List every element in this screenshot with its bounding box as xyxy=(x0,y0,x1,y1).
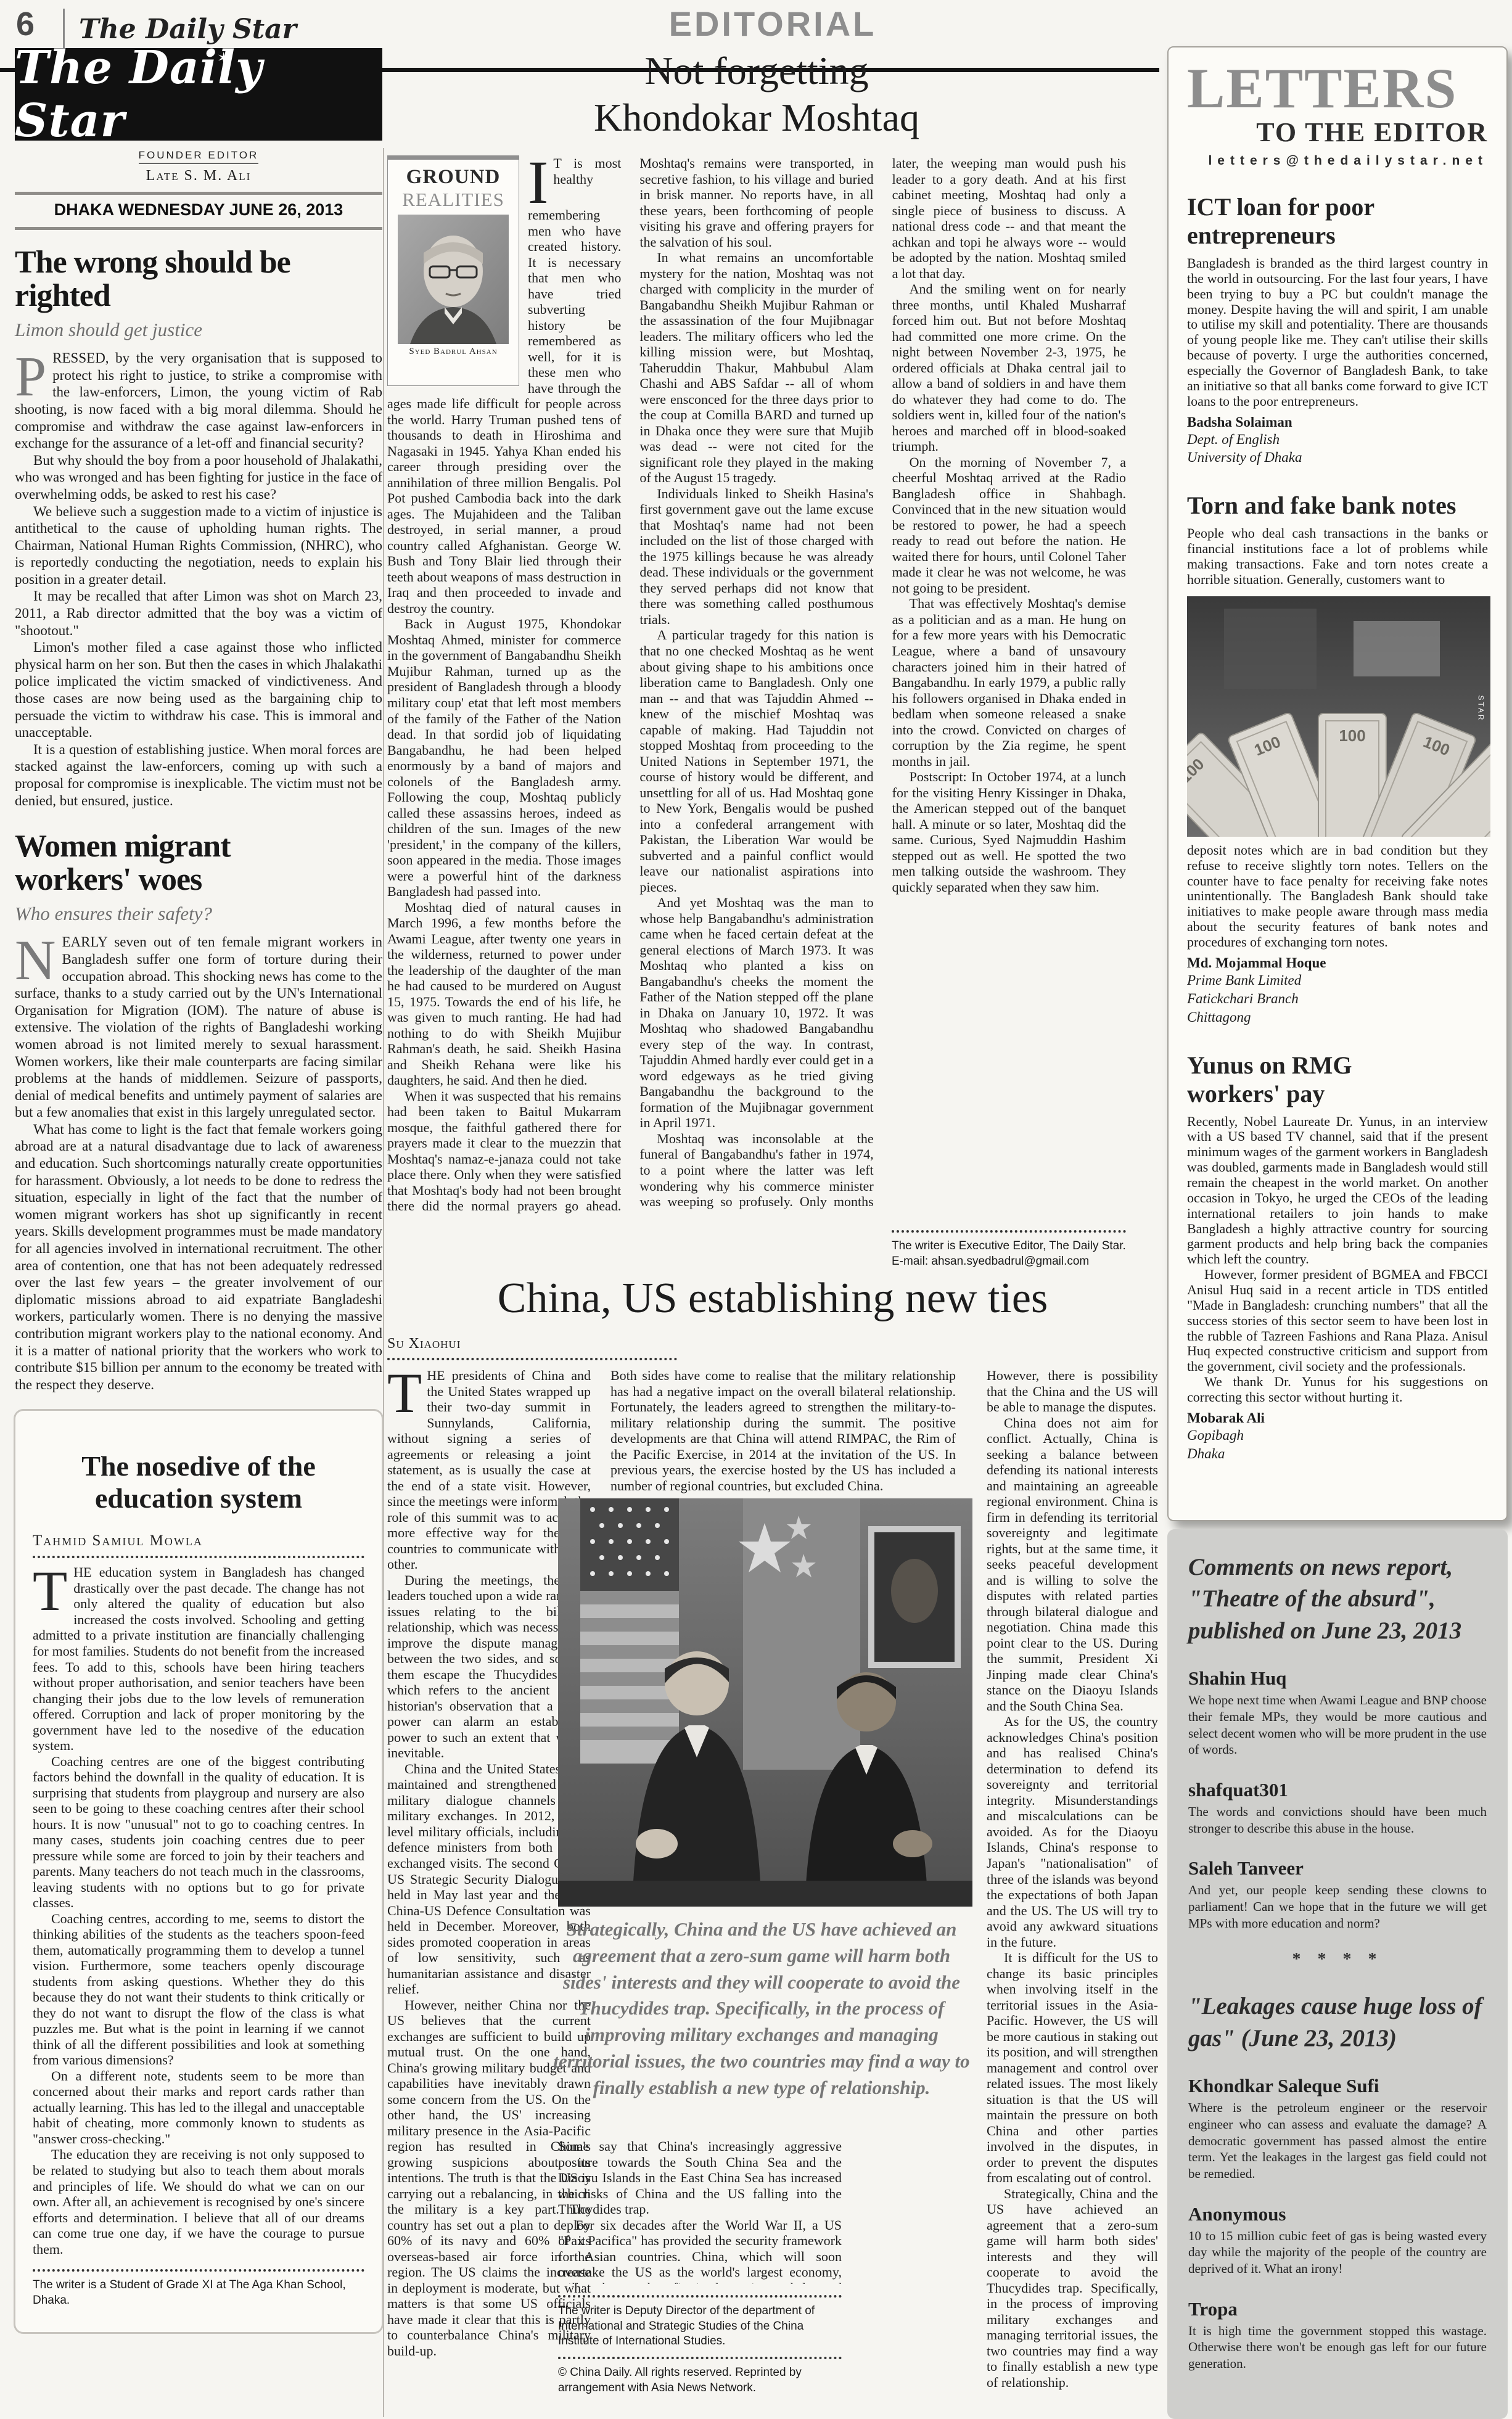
comment-text: The words and convictions should have be… xyxy=(1188,1804,1487,1836)
paragraph: Moshtaq died of natural causes in March … xyxy=(387,900,621,1088)
letter-signature-detail: University of Dhaka xyxy=(1187,448,1488,467)
editorial-1-title: The wrong should be righted xyxy=(15,246,305,313)
commenter-name: Saleh Tanveer xyxy=(1188,1857,1487,1879)
letter-signature-detail: Gopibagh xyxy=(1187,1426,1488,1445)
letters-subheader: TO THE EDITOR xyxy=(1187,119,1488,146)
paragraph: A particular tragedy for this nation is … xyxy=(639,627,873,895)
star-ornament-icon: ✶ xyxy=(217,49,231,68)
education-oped-body: THE education system in Bangladesh has c… xyxy=(33,1564,364,2257)
comment-text: We hope next time when Awami League and … xyxy=(1188,1692,1487,1758)
letters-header: LETTERS xyxy=(1187,60,1488,117)
paragraph: deposit notes which are in bad condition… xyxy=(1187,843,1488,950)
letter-signature-name: Badsha Solaiman xyxy=(1187,414,1488,430)
letter-ict-loan: ICT loan for poor entrepreneurs Banglade… xyxy=(1187,193,1488,467)
china-credit: The writer is Deputy Director of the dep… xyxy=(558,2289,842,2396)
china-pull-quote: Strategically, China and the US have ach… xyxy=(549,1916,974,2132)
left-column: ✶ The Daily Star FOUNDER EDITOR Late S. … xyxy=(15,48,382,2334)
paragraph: Bangladesh is branded as the third large… xyxy=(1187,256,1488,409)
paragraph: People who deal cash transactions in the… xyxy=(1187,526,1488,587)
comment-entry: shafquat301 The words and convictions sh… xyxy=(1188,1779,1487,1836)
paragraph: It may be recalled that after Limon was … xyxy=(15,588,382,639)
letter-body: Recently, Nobel Laureate Dr. Yunus, in a… xyxy=(1187,1114,1488,1405)
letter-signature-detail: Fatickchari Branch xyxy=(1187,990,1488,1008)
china-copyright: © China Daily. All rights reserved. Repr… xyxy=(558,2365,842,2396)
founder-editor-text: FOUNDER EDITOR xyxy=(139,149,259,164)
paragraph: And yet Moshtaq was the man to whose hel… xyxy=(639,895,873,1131)
dotted-rule xyxy=(558,2295,842,2298)
columnist-portrait-photo xyxy=(398,215,509,344)
svg-text:100: 100 xyxy=(1339,726,1365,745)
comments-box: Comments on news report, "Theatre of the… xyxy=(1167,1529,1508,2419)
dotted-rule xyxy=(33,2269,364,2272)
columnist-name: Syed Badrul Ahsan xyxy=(388,347,519,357)
comments-heading-2: "Leakages cause huge loss of gas" (June … xyxy=(1188,1990,1487,2054)
moshtaq-body: GROUND REALITIES Syed Badrul Ahsan IT is… xyxy=(387,155,1126,1222)
letter-signature-detail: Dept. of English xyxy=(1187,430,1488,449)
commenter-name: Tropa xyxy=(1188,2298,1487,2320)
masthead-small-logo: The Daily Star xyxy=(79,14,297,45)
dotted-rule xyxy=(892,1230,1126,1233)
paragraph: PRESSED, by the very organisation that i… xyxy=(15,350,382,452)
paragraph: Strategically, China and the US have ach… xyxy=(987,2186,1158,2391)
paragraph: NEARLY seven out of ten female migrant w… xyxy=(15,934,382,1121)
education-oped-credit: The writer is a Student of Grade XI at T… xyxy=(33,2278,364,2308)
education-oped-box: The nosedive of the education system Tah… xyxy=(14,1409,384,2334)
china-flag xyxy=(739,1498,860,1770)
us-flag xyxy=(580,1498,679,1764)
column-label-realities: REALITIES xyxy=(388,189,519,211)
founder-editor-label: FOUNDER EDITOR xyxy=(15,149,382,162)
masthead-title: The Daily Star xyxy=(15,41,382,147)
letter-bank-notes: Torn and fake bank notes People who deal… xyxy=(1187,491,1488,1026)
editorial-2-title: Women migrant workers' woes xyxy=(15,830,286,897)
paragraph: Some say that China's increasingly aggre… xyxy=(558,2138,842,2217)
comment-text: It is high time the government stopped t… xyxy=(1188,2323,1487,2372)
moshtaq-credit-line2: E-mail: ahsan.syedbadrul@gmail.com xyxy=(892,1254,1126,1270)
education-oped-title: The nosedive of the education system xyxy=(51,1450,347,1514)
paragraph: Recently, Nobel Laureate Dr. Yunus, in a… xyxy=(1187,1114,1488,1268)
comment-text: Where is the petroleum engineer or the r… xyxy=(1188,2100,1487,2182)
moshtaq-headline-line2: Khondokar Moshtaq xyxy=(387,96,1126,139)
paragraph: What has come to light is the fact that … xyxy=(15,1121,382,1394)
china-headline: China, US establishing new ties xyxy=(387,1274,1158,1323)
editorial-1: The wrong should be righted Limon should… xyxy=(15,246,382,809)
china-credit-text: The writer is Deputy Director of the dep… xyxy=(558,2304,842,2349)
rule xyxy=(15,227,382,230)
paragraph: For six decades after the World War II, … xyxy=(558,2217,842,2284)
letters-panel: LETTERS TO THE EDITOR letters@thedailyst… xyxy=(1167,46,1508,1521)
paragraph: And the smiling went on for nearly three… xyxy=(892,281,1126,454)
paragraph: However, there is possibility that the C… xyxy=(987,1368,1158,1415)
masthead: ✶ The Daily Star xyxy=(15,48,382,141)
commenter-name: shafquat301 xyxy=(1188,1779,1487,1801)
paragraph: Coaching centres are one of the biggest … xyxy=(33,1754,364,1911)
letter-title: Yunus on RMG workers' pay xyxy=(1187,1051,1391,1108)
china-column-4: Some say that China's increasingly aggre… xyxy=(558,2138,842,2284)
letter-body: deposit notes which are in bad condition… xyxy=(1187,843,1488,950)
comment-text: And yet, our people keep sending these c… xyxy=(1188,1882,1487,1931)
dotted-rule xyxy=(558,2357,842,2359)
letter-signature-detail: Chittagong xyxy=(1187,1008,1488,1027)
dateline: DHAKA WEDNESDAY JUNE 26, 2013 xyxy=(15,200,382,220)
xi-obama-summit-photo xyxy=(558,1498,972,1907)
editorial-1-body: PRESSED, by the very organisation that i… xyxy=(15,350,382,809)
china-byline: Su Xiaohui xyxy=(387,1336,461,1352)
letter-signature-detail: Prime Bank Limited xyxy=(1187,971,1488,990)
paragraph: Postscript: In October 1974, at a lunch … xyxy=(892,769,1126,895)
commenter-name: Khondkar Saleque Sufi xyxy=(1188,2075,1487,2097)
editorial-2-body: NEARLY seven out of ten female migrant w… xyxy=(15,934,382,1393)
letter-title: Torn and fake bank notes xyxy=(1187,491,1488,520)
paragraph: Both sides have come to realise that the… xyxy=(610,1368,956,1493)
moshtaq-headline-line1: Not forgetting xyxy=(387,49,1126,92)
letters-email: letters@thedailystar.net xyxy=(1187,154,1488,168)
editorial-2: Women migrant workers' woes Who ensures … xyxy=(15,830,382,1393)
paragraph: However, former president of BGMEA and F… xyxy=(1187,1267,1488,1374)
rule xyxy=(15,192,382,195)
page-number: 6 xyxy=(16,5,35,43)
photo-credit: STAR xyxy=(1476,696,1485,722)
paragraph: On a different note, students seem to be… xyxy=(33,2068,364,2147)
commenter-name: Shahin Huq xyxy=(1188,1667,1487,1690)
comment-text: 10 to 15 million cubic feet of gas is be… xyxy=(1188,2228,1487,2277)
letter-signature-name: Md. Mojammal Hoque xyxy=(1187,955,1488,971)
editorial-2-subtitle: Who ensures their safety? xyxy=(15,903,382,925)
letter-title: ICT loan for poor entrepreneurs xyxy=(1187,193,1446,250)
comment-entry: Khondkar Saleque Sufi Where is the petro… xyxy=(1188,2075,1487,2182)
paragraph: It is difficult for the US to change its… xyxy=(987,1950,1158,2186)
china-column-3: However, there is possibility that the C… xyxy=(987,1368,1158,2416)
newspaper-page: 6 The Daily Star EDITORIAL ✶ The Daily S… xyxy=(0,0,1512,2419)
paragraph: Back in August 1975, Khondokar Moshtaq A… xyxy=(387,616,621,899)
banknotes-photo: 100 100 100 xyxy=(1187,596,1490,837)
china-column-2: Both sides have come to realise that the… xyxy=(610,1368,956,1493)
comment-entry: Shahin Huq We hope next time when Awami … xyxy=(1188,1667,1487,1758)
paragraph: We believe such a suggestion made to a v… xyxy=(15,503,382,588)
paragraph: In what remains an uncomfortable mystery… xyxy=(639,250,873,486)
dotted-rule xyxy=(33,1556,364,1558)
letter-signature-name: Mobarak Ali xyxy=(1187,1410,1488,1426)
letter-body: Bangladesh is branded as the third large… xyxy=(1187,256,1488,409)
paragraph: It is a question of establishing justice… xyxy=(15,741,382,809)
letter-body: People who deal cash transactions in the… xyxy=(1187,526,1488,587)
dotted-rule xyxy=(387,1358,677,1360)
letter-yunus-rmg: Yunus on RMG workers' pay Recently, Nobe… xyxy=(1187,1051,1488,1463)
paragraph: On the morning of November 7, a cheerful… xyxy=(892,454,1126,596)
section-title: EDITORIAL xyxy=(387,4,1158,44)
comments-heading: Comments on news report, "Theatre of the… xyxy=(1188,1551,1487,1646)
comment-entry: Saleh Tanveer And yet, our people keep s… xyxy=(1188,1857,1487,1931)
commenter-name: Anonymous xyxy=(1188,2203,1487,2225)
paragraph: But why should the boy from a poor house… xyxy=(15,452,382,503)
moshtaq-credit-line1: The writer is Executive Editor, The Dail… xyxy=(892,1239,1126,1254)
paragraph: Coaching centres, according to me, seems… xyxy=(33,1911,364,2068)
founder-editor-name: Late S. M. Ali xyxy=(15,168,382,184)
paragraph: We thank Dr. Yunus for his suggestions o… xyxy=(1187,1374,1488,1405)
comment-entry: Anonymous 10 to 15 million cubic feet of… xyxy=(1188,2203,1487,2277)
letter-signature-detail: Dhaka xyxy=(1187,1445,1488,1463)
editorial-1-subtitle: Limon should get justice xyxy=(15,319,382,341)
moshtaq-credit: The writer is Executive Editor, The Dail… xyxy=(892,1224,1126,1269)
education-oped-byline: Tahmid Samiul Mowla xyxy=(33,1532,364,1550)
paragraph: China does not aim for conflict. Actuall… xyxy=(987,1415,1158,1714)
comment-entry: Tropa It is high time the government sto… xyxy=(1188,2298,1487,2372)
paragraph: The education they are receiving is not … xyxy=(33,2146,364,2257)
column-label-ground: GROUND xyxy=(388,166,519,189)
paragraph: Limon's mother filed a case against thos… xyxy=(15,639,382,741)
comments-separator: * * * * xyxy=(1188,1950,1487,1969)
paragraph: As for the US, the country acknowledges … xyxy=(987,1714,1158,1950)
paragraph: THE education system in Bangladesh has c… xyxy=(33,1564,364,1753)
paragraph: Individuals linked to Sheikh Hasina's fi… xyxy=(639,486,873,628)
ground-realities-box: GROUND REALITIES Syed Badrul Ahsan xyxy=(387,155,519,386)
paragraph: That was effectively Moshtaq's demise as… xyxy=(892,596,1126,769)
